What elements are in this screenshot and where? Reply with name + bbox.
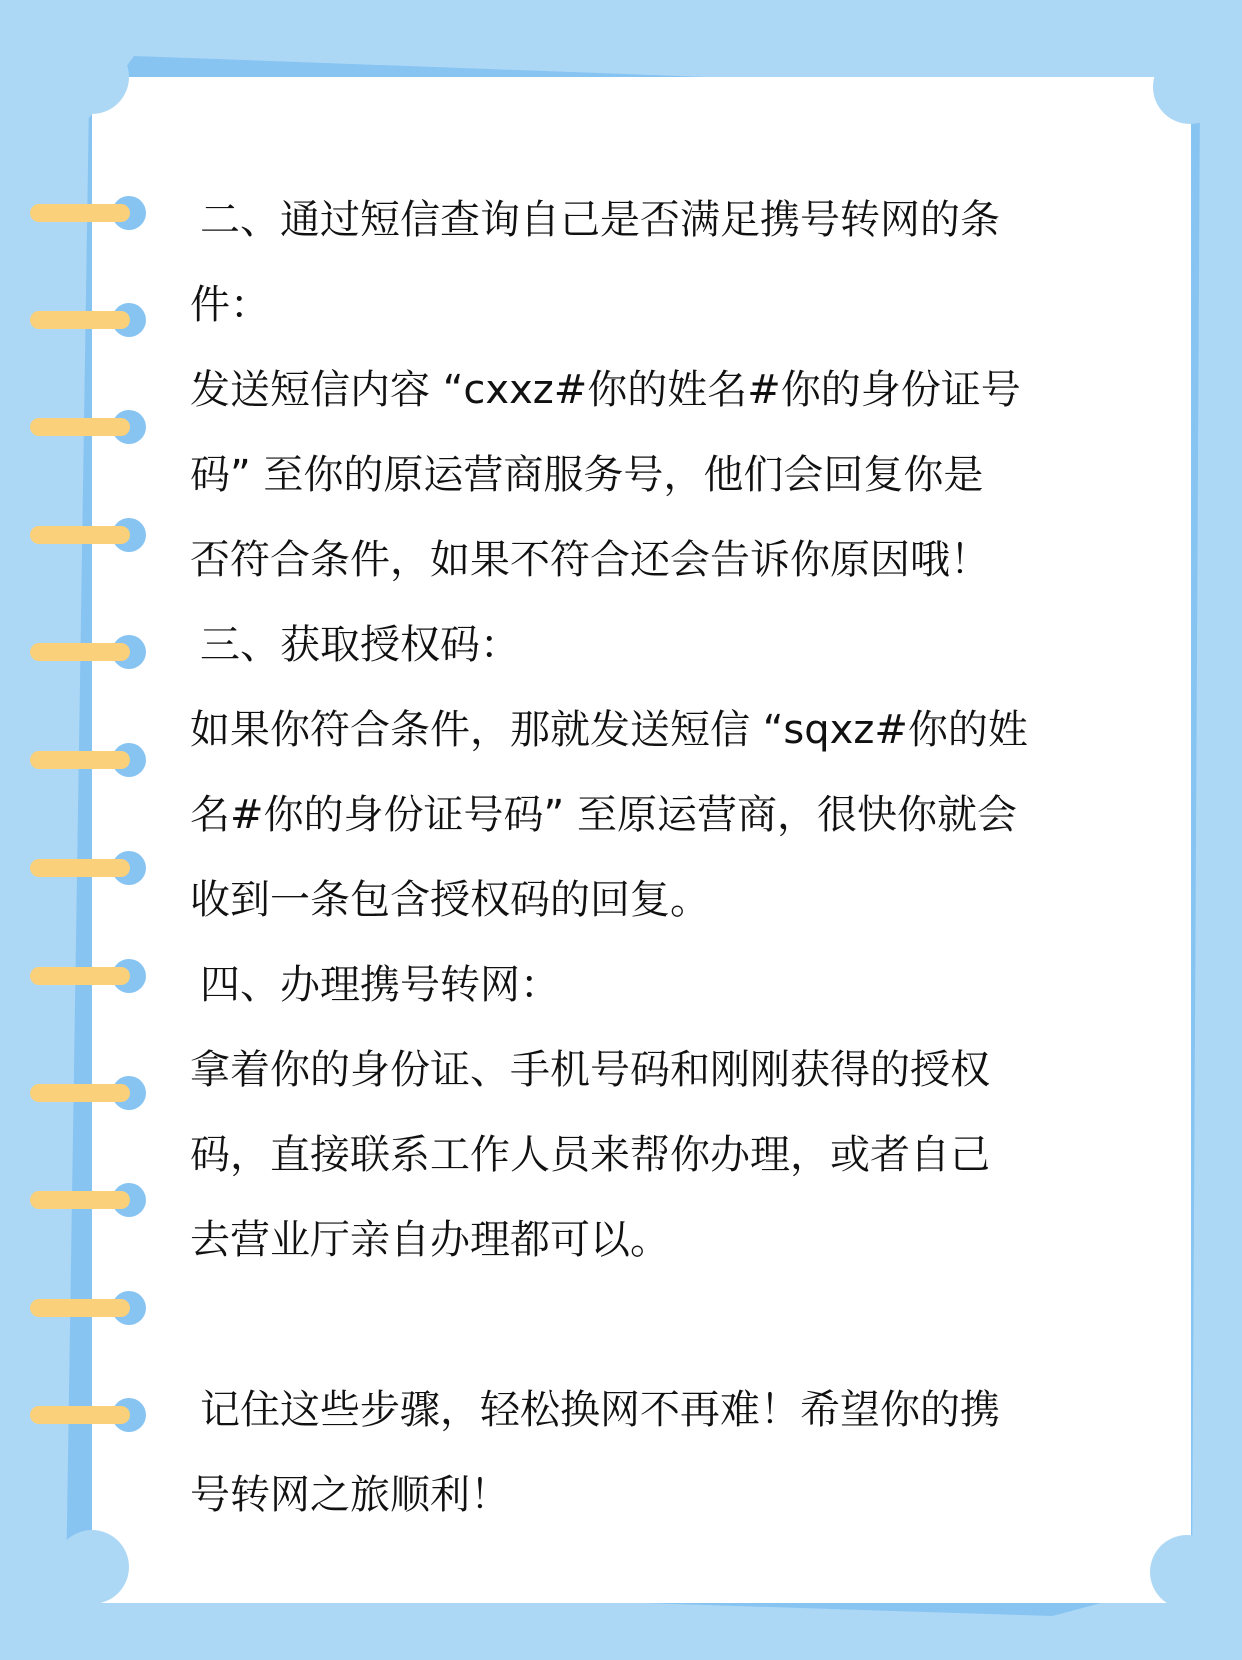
corner-notch-top-right xyxy=(1153,50,1227,124)
body-text: 去营业厅亲自办理都可以。 xyxy=(190,1198,1150,1283)
binding-ring xyxy=(30,634,148,670)
ring-bar xyxy=(30,311,130,329)
binding-ring xyxy=(30,1075,148,1111)
section-sms-check: 二、通过短信查询自己是否满足携号转网的条 件： 发送短信内容 “cxxz#你的姓… xyxy=(190,178,1150,603)
binding-ring xyxy=(30,1182,148,1218)
corner-notch-bottom-right xyxy=(1150,1535,1224,1609)
body-text: 如果你符合条件，那就发送短信 “sqxz#你的姓 xyxy=(190,688,1150,773)
body-text: 拿着你的身份证、手机号码和刚刚获得的授权 xyxy=(190,1028,1150,1113)
section-process-transfer: 四、办理携号转网： 拿着你的身份证、手机号码和刚刚获得的授权 码，直接联系工作人… xyxy=(190,943,1150,1283)
body-text: 码” 至你的原运营商服务号，他们会回复你是 xyxy=(190,433,1150,518)
body-text: 否符合条件，如果不符合还会告诉你原因哦！ xyxy=(190,518,1150,603)
binding-ring xyxy=(30,1290,148,1326)
closing-text: 号转网之旅顺利！ xyxy=(190,1453,1150,1538)
binding-ring xyxy=(30,302,148,338)
note-content: 二、通过短信查询自己是否满足携号转网的条 件： 发送短信内容 “cxxz#你的姓… xyxy=(190,178,1150,1538)
ring-bar xyxy=(30,859,130,877)
binding-ring xyxy=(30,409,148,445)
closing-text: 记住这些步骤，轻松换网不再难！希望你的携 xyxy=(190,1368,1150,1453)
binding-ring xyxy=(30,850,148,886)
ring-bar xyxy=(30,526,130,544)
binding-ring xyxy=(30,517,148,553)
ring-bar xyxy=(30,1191,130,1209)
binding-ring xyxy=(30,958,148,994)
ring-bar xyxy=(30,751,130,769)
section-heading: 四、办理携号转网： xyxy=(190,943,1150,1028)
blank-line xyxy=(190,1283,1150,1368)
binding-ring xyxy=(30,1397,148,1433)
body-text: 名#你的身份证号码” 至原运营商，很快你就会 xyxy=(190,773,1150,858)
section-heading: 二、通过短信查询自己是否满足携号转网的条 xyxy=(190,178,1150,263)
binding-ring xyxy=(30,742,148,778)
section-heading: 三、获取授权码： xyxy=(190,603,1150,688)
ring-bar xyxy=(30,967,130,985)
section-heading: 件： xyxy=(190,263,1150,348)
body-text: 发送短信内容 “cxxz#你的姓名#你的身份证号 xyxy=(190,348,1150,433)
ring-bar xyxy=(30,204,130,222)
ring-bar xyxy=(30,1084,130,1102)
section-get-auth-code: 三、获取授权码： 如果你符合条件，那就发送短信 “sqxz#你的姓 名#你的身份… xyxy=(190,603,1150,943)
corner-notch-top-left xyxy=(55,40,129,114)
body-text: 码，直接联系工作人员来帮你办理，或者自己 xyxy=(190,1113,1150,1198)
ring-bar xyxy=(30,418,130,436)
corner-notch-bottom-left xyxy=(55,1530,129,1604)
ring-bar xyxy=(30,643,130,661)
binding-ring xyxy=(30,195,148,231)
ring-bar xyxy=(30,1299,130,1317)
ring-bar xyxy=(30,1406,130,1424)
body-text: 收到一条包含授权码的回复。 xyxy=(190,858,1150,943)
closing-message: 记住这些步骤，轻松换网不再难！希望你的携 号转网之旅顺利！ xyxy=(190,1368,1150,1538)
